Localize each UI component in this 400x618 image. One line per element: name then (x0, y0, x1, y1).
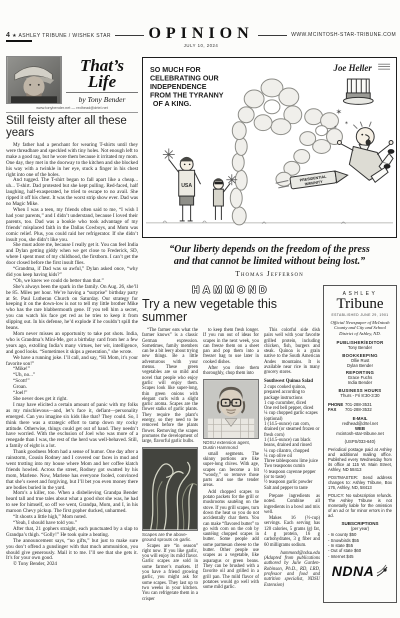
body-paragraph: She’s always been the spark in the famil… (6, 285, 138, 332)
policy-note: POLICY: No subscription refunds. The Ash… (328, 493, 392, 518)
hammond-column-3: This colorful side dish pairs well with … (264, 328, 320, 603)
hammond-paragraph: Scapes are “in season” right now. If you… (142, 544, 198, 602)
garlic-scapes-photo (142, 447, 198, 531)
column-byline: by Tony Bender (66, 92, 138, 104)
hammond-paragraph: to keep them fresh longer. If you run ou… (203, 328, 259, 365)
editorial-cartoon-drawing: SO MUCH FOR CELEBRATING OUR INDEPENDENCE… (143, 58, 396, 237)
body-paragraph: © Tony Bender, 2024 (6, 562, 138, 568)
hammond-photo-caption: NDSU extension agent, Dustin Hammond (203, 440, 259, 450)
star-icon: ★ (12, 33, 17, 39)
newspaper-opinion-page: 4 ★ ASHLEY TRIBUNE / WISHEK STAR OPINION… (0, 0, 400, 618)
body-paragraph: Thank goodness Mom had a sense of humor.… (6, 450, 138, 491)
ndna-logo-burst-icon (376, 564, 388, 578)
tony-bender-photo (6, 56, 62, 104)
masthead-box: ASHLEY Tribune ESTABLISHED JUNE 29, 1901… (323, 285, 397, 603)
svg-text:✶: ✶ (335, 108, 342, 117)
body-paragraph: My father had a penchant for wearing T-s… (6, 143, 138, 178)
ndna-logo-text: NDNA (332, 563, 374, 579)
adaptation-note: (Adapted from publications authored by J… (264, 556, 320, 588)
hammond-paragraph: Makes 16 (½-cup) servings. Each serving … (264, 516, 320, 548)
article-headline: Still feisty after all these years (6, 116, 138, 139)
postage-note: Periodical postage paid at Ashley and ad… (328, 447, 392, 472)
website-url: WWW.MCINTOSH-STAR-TRIBUNE.COM (291, 32, 396, 38)
reporting-names: Grace FuchsIndia Bender (328, 375, 392, 385)
hammond-paragraph: “The farmer eats what the farmer knows” … (142, 328, 198, 445)
email-block: E-MAIL redhead@drtel.net WEB mcintosh-st… (328, 416, 392, 436)
page-header: 4 ★ ASHLEY TRIBUNE / WISHEK STAR OPINION… (6, 26, 396, 48)
hammond-column-1: “The farmer eats what the farmer knows” … (142, 328, 198, 603)
body-paragraph: And tugged. The T-shirt began to fall ap… (6, 178, 138, 208)
web-value: mcintosh-star-tribune.net (328, 431, 392, 436)
scapes-photo-caption: Scapes are the above-ground sprouts on g… (142, 532, 198, 542)
svg-text:USA: USA (181, 183, 192, 189)
postmaster-note: POSTMASTER: Send address changes to: Ash… (328, 475, 392, 490)
svg-text:OF A KING.: OF A KING. (153, 100, 191, 108)
jefferson-quote: “Our liberty depends on the freedom of t… (142, 244, 397, 278)
body-paragraph: After that, 21 gophers straight, each pu… (6, 527, 138, 539)
svg-text:CELEBRATING OUR: CELEBRATING OUR (150, 75, 219, 83)
fax-number: 701-288-3532 (345, 407, 372, 413)
article-body: My father had a penchant for wearing T-s… (6, 143, 138, 568)
thats-life-header: That’s Life by Tony Bender (6, 56, 138, 104)
section-title-block: OPINION JULY 10, 2024 (148, 26, 253, 48)
hammond-paragraph: This colorful side dish pairs well with … (264, 328, 320, 376)
quote-line1: “Our liberty depends on the freedom of t… (142, 244, 397, 256)
body-paragraph: When I was a teen, my friends often said… (6, 208, 138, 243)
masthead-established: ESTABLISHED JUNE 29, 1901 (328, 313, 392, 317)
svg-text:✶: ✶ (333, 125, 337, 130)
recipe-line: 1 (14.5-ounce) can corn, drained (or ste… (264, 422, 320, 438)
svg-text:Joe Heller: Joe Heller (332, 63, 372, 73)
hammond-paragraph: small segments. The skinny portions are … (203, 452, 259, 489)
hours-value: Thurs - Fri 8:30-3:30 (328, 393, 392, 398)
quote-line2: and that cannot be limited without being… (142, 256, 397, 268)
recipe-line: 2 cups cooked quinoa, prepared according… (264, 385, 320, 401)
masthead-name: Tribune (328, 297, 392, 312)
thats-life-column: That’s Life by Tony Bender www.tonybende… (6, 56, 138, 568)
recipe-ingredients: 2 cups cooked quinoa, prepared according… (264, 385, 320, 491)
usps-number: (USPS/033-640) (328, 439, 392, 444)
recipe-line: ½ teaspoon cayenne pepper (or to taste) (264, 470, 320, 481)
header-rule-right (258, 35, 288, 36)
publisher-name: Tony Bender (328, 345, 392, 350)
contact-block: PHONE701-288-3531 FAX701-288-3532 (328, 402, 392, 413)
bookkeeping-names: Ollie RustDylan Bender (328, 358, 392, 368)
page-number-and-title: 4 ★ ASHLEY TRIBUNE / WISHEK STAR (6, 32, 111, 39)
dustin-hammond-photo (203, 379, 259, 439)
ndna-logo: NDNA (328, 563, 392, 579)
quote-attribution: Thomas Jefferson (142, 269, 397, 278)
staff-name: Dylan Bender (328, 363, 392, 368)
issue-date: JULY 10, 2024 (148, 43, 253, 48)
hammond-paragraph: Prepare ingredients as noted. Combine al… (264, 494, 320, 515)
svg-text:SO MUCH FOR: SO MUCH FOR (150, 66, 201, 74)
recipe-line: 1 (14.5-ounce) can black beans, drained … (264, 438, 320, 449)
recipe-line: ½ teaspoon garlic powder (264, 480, 320, 485)
svg-text:✶: ✶ (344, 121, 348, 127)
section-title: OPINION (148, 26, 253, 42)
header-rule-left (115, 35, 145, 36)
hammond-article: HAMMOND Try a new vegetable this summer … (142, 285, 320, 603)
masthead-official-note: Official Newspaper of McIntosh County an… (328, 320, 392, 336)
recipe-title: Southwest Quinoa Salad (264, 379, 320, 384)
body-paragraph: The announcement says, “no gifts,” but j… (6, 539, 138, 563)
author-contact: www.tonybender.net — redhead@drtel.net (6, 106, 138, 110)
svg-text:FROM THE TYRANNY: FROM THE TYRANNY (150, 91, 224, 99)
thats-life-title: That’s Life by Tony Bender (66, 56, 138, 104)
hammond-headline: Try a new vegetable this summer (142, 298, 320, 324)
header-corner-rule (6, 40, 32, 42)
body-paragraph: I may have elicited a certain amount of … (6, 403, 138, 450)
subscription-rates: In county $50Snowbirds $55In state $55Ou… (328, 532, 392, 559)
body-paragraph: She must adore me, because I really get … (6, 243, 138, 267)
section-header: HAMMOND (142, 285, 320, 296)
page-number: 4 (6, 32, 10, 39)
body-paragraph: Mom never misses an opportunity to take … (6, 332, 138, 356)
hammond-paragraph: Add chopped scapes to potato packets for… (203, 490, 259, 591)
fax-label: FAX (328, 407, 345, 413)
hammond-column-2: to keep them fresh longer. If you run ou… (203, 328, 259, 603)
body-paragraph: Mom’s a killer, too. When a disbelieving… (6, 491, 138, 515)
newspaper-name: ASHLEY TRIBUNE / WISHEK STAR (19, 33, 111, 39)
divider-rule (6, 112, 138, 113)
hammond-paragraph: After you rinse them thoroughly, chop th… (203, 366, 259, 377)
recipe-line: ¼ cup chopped garlic scapes (optional) (264, 411, 320, 422)
recipe-line: Salt and pepper to taste (264, 486, 320, 491)
subscriptions-subtitle: (per year) (328, 526, 392, 531)
staff-name: India Bender (328, 380, 392, 385)
subscription-rate-item: Internet $45 (328, 554, 392, 559)
svg-text:INDEPENDENCE: INDEPENDENCE (150, 83, 207, 91)
column-title-line2: Life (66, 74, 138, 90)
editorial-cartoon: SO MUCH FOR CELEBRATING OUR INDEPENDENCE… (142, 57, 397, 238)
